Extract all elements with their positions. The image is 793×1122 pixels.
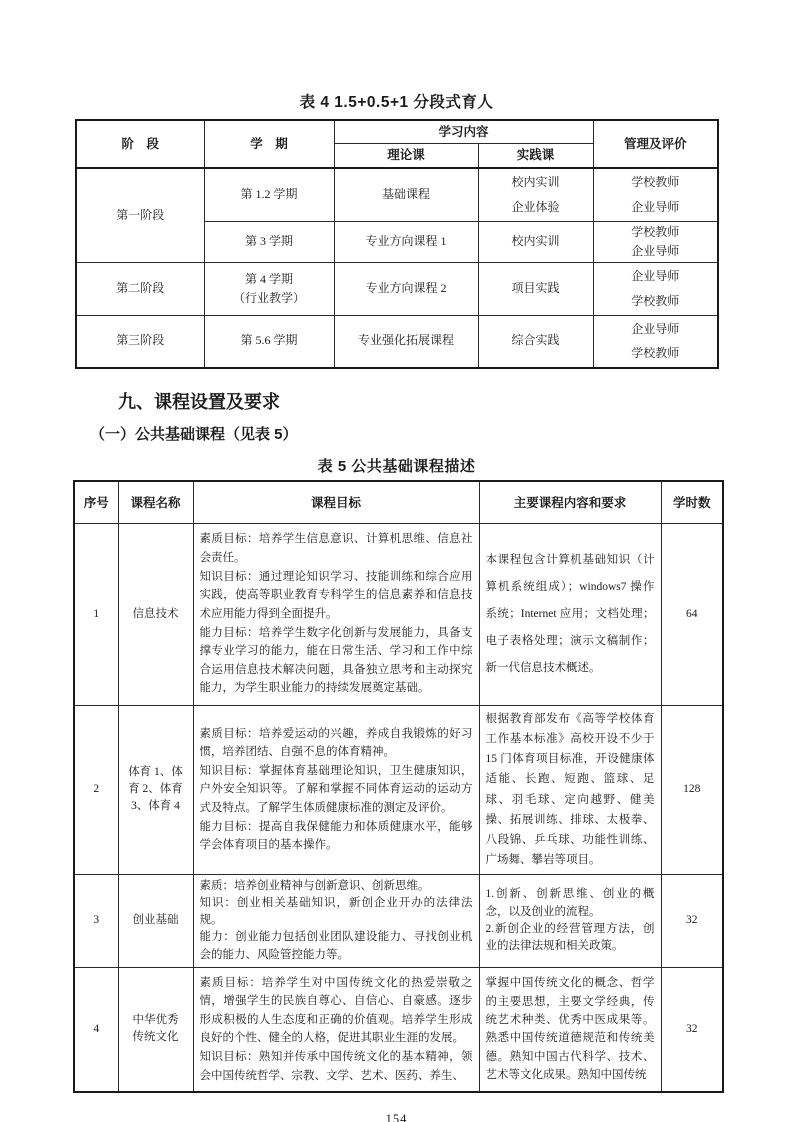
t4-cell-semester-3: 第 3 学期 [204, 222, 334, 263]
t5-cell-name-4: 中华优秀 传统文化 [118, 967, 193, 1092]
t4-cell-semester-5-6: 第 5.6 学期 [204, 315, 334, 368]
subsection-heading-public-basic: （一）公共基础课程（见表 5） [90, 423, 793, 444]
t5-header-no: 序号 [74, 481, 118, 524]
t5-cell-hours-1: 64 [661, 523, 723, 705]
t5-cell-no-3: 3 [74, 874, 118, 967]
t4-cell-semester-1-2: 第 1.2 学期 [204, 168, 334, 222]
t5-header-goals: 课程目标 [193, 481, 479, 524]
t5-cell-content-1: 本课程包含计算机基础知识（计算机系统组成）；windows7 操作系统；Inte… [479, 523, 661, 705]
t4-cell-theory-direction1: 专业方向课程 1 [334, 222, 478, 263]
t5-row-traditional-culture: 4 中华优秀 传统文化 素质目标：培养学生对中国传统文化的热爱崇敬之情，增强学生… [74, 967, 723, 1092]
table5-title: 表 5 公共基础课程描述 [0, 455, 793, 476]
t4-cell-practice-3: 项目实践 [478, 263, 593, 315]
t5-cell-name-2: 体育 1、体 育 2、体育 3、体育 4 [118, 705, 193, 874]
t5-row-entrepreneurship-basics: 3 创业基础 素质：培养创业精神与创新意识、创新思维。 知识：创业相关基础知识，… [74, 874, 723, 967]
t5-cell-goals-1: 素质目标：培养学生信息意识、计算机思维、信息社会责任。 知识目标：通过理论知识学… [193, 523, 479, 705]
t4-cell-stage-3: 第三阶段 [76, 315, 204, 368]
t4-header-practice: 实践课 [478, 144, 593, 169]
t5-cell-content-2: 根据教育部发布《高等学校体育工作基本标准》高校开设不少于 15 门体育项目标准，… [479, 705, 661, 874]
t5-cell-content-3: 1.创新、创新思维、创业的概念，以及创业的流程。 2.新创企业的经营管理方法，创… [479, 874, 661, 967]
t5-cell-hours-4: 32 [661, 967, 723, 1092]
table4-title: 表 4 1.5+0.5+1 分段式育人 [0, 0, 793, 112]
t5-header-content: 主要课程内容和要求 [479, 481, 661, 524]
t4-cell-management-4: 企业导师 学校教师 [593, 315, 718, 368]
document-page: 表 4 1.5+0.5+1 分段式育人 阶 段 学 期 学习内容 管理及评价 理… [0, 0, 793, 1122]
t5-row-physical-education: 2 体育 1、体 育 2、体育 3、体育 4 素质目标：培养爱运动的兴趣，养成自… [74, 705, 723, 874]
t5-cell-hours-2: 128 [661, 705, 723, 874]
t4-cell-management-1: 学校教师 企业导师 [593, 168, 718, 222]
t5-cell-name-1: 信息技术 [118, 523, 193, 705]
t4-cell-semester-4: 第 4 学期 （行业教学） [204, 263, 334, 315]
t5-cell-no-4: 4 [74, 967, 118, 1092]
t5-cell-goals-3: 素质：培养创业精神与创新意识、创新思维。 知识：创业相关基础知识，新创企业开办的… [193, 874, 479, 967]
t4-row-semester-1-2: 第一阶段 第 1.2 学期 基础课程 校内实训 企业体验 学校教师 企业导师 [76, 168, 718, 222]
t5-header-course-name: 课程名称 [118, 481, 193, 524]
t4-header-row-1: 阶 段 学 期 学习内容 管理及评价 [76, 120, 718, 144]
t4-cell-theory-direction2: 专业方向课程 2 [334, 263, 478, 315]
t4-cell-stage-2: 第二阶段 [76, 263, 204, 315]
t4-cell-theory-basic: 基础课程 [334, 168, 478, 222]
t4-cell-practice-1: 校内实训 企业体验 [478, 168, 593, 222]
t5-cell-content-4: 掌握中国传统文化的概念、哲学的主要思想，主要文学经典，传统艺术种类、优秀中医成果… [479, 967, 661, 1092]
t5-row-information-technology: 1 信息技术 素质目标：培养学生信息意识、计算机思维、信息社会责任。 知识目标：… [74, 523, 723, 705]
t5-cell-no-1: 1 [74, 523, 118, 705]
t4-cell-management-2: 学校教师 企业导师 [593, 222, 718, 263]
t4-header-management: 管理及评价 [593, 120, 718, 168]
page-number: 154 [0, 1112, 793, 1122]
t5-header-hours: 学时数 [661, 481, 723, 524]
section-heading-courses: 九、课程设置及要求 [118, 388, 793, 414]
t4-header-semester: 学 期 [204, 120, 334, 168]
t5-header-row: 序号 课程名称 课程目标 主要课程内容和要求 学时数 [74, 481, 723, 524]
t4-cell-stage-1: 第一阶段 [76, 168, 204, 263]
t4-cell-practice-4: 综合实践 [478, 315, 593, 368]
table4-staged-education: 阶 段 学 期 学习内容 管理及评价 理论课 实践课 第一阶段 第 1.2 学期… [75, 119, 719, 369]
t4-row-semester-4: 第二阶段 第 4 学期 （行业教学） 专业方向课程 2 项目实践 企业导师 学校… [76, 263, 718, 315]
t4-row-semester-5-6: 第三阶段 第 5.6 学期 专业强化拓展课程 综合实践 企业导师 学校教师 [76, 315, 718, 368]
t5-cell-hours-3: 32 [661, 874, 723, 967]
t4-cell-management-3: 企业导师 学校教师 [593, 263, 718, 315]
table5-public-basic-courses: 序号 课程名称 课程目标 主要课程内容和要求 学时数 1 信息技术 素质目标：培… [73, 480, 724, 1093]
t5-cell-no-2: 2 [74, 705, 118, 874]
t4-header-theory: 理论课 [334, 144, 478, 169]
t4-cell-practice-2: 校内实训 [478, 222, 593, 263]
t5-cell-goals-4: 素质目标：培养学生对中国传统文化的热爱崇敬之情，增强学生的民族自尊心、自信心、自… [193, 967, 479, 1092]
t4-header-stage: 阶 段 [76, 120, 204, 168]
t5-cell-name-3: 创业基础 [118, 874, 193, 967]
t5-cell-goals-2: 素质目标：培养爱运动的兴趣，养成自我锻炼的好习惯，培养团结、自强不息的体育精神。… [193, 705, 479, 874]
t4-cell-theory-extension: 专业强化拓展课程 [334, 315, 478, 368]
t4-header-learning-content: 学习内容 [334, 120, 593, 144]
